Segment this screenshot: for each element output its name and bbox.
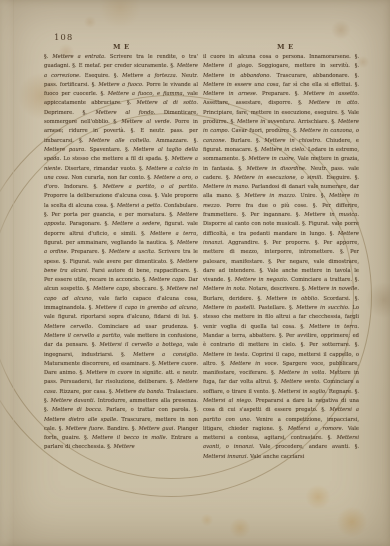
running-head-left: ME bbox=[113, 43, 133, 51]
page-number: 108 bbox=[54, 33, 73, 43]
dictionary-column-left: §. Mettere a entrata. Scrivere tra le re… bbox=[44, 53, 198, 464]
running-head-right: ME bbox=[277, 43, 297, 51]
page-edge-left bbox=[0, 0, 14, 546]
book-page-scan: 108 ME ME §. Mettere a entrata. Scrivere… bbox=[0, 0, 390, 546]
dictionary-column-right: il cuore in alcuna cosa o persona. Innam… bbox=[203, 53, 359, 470]
